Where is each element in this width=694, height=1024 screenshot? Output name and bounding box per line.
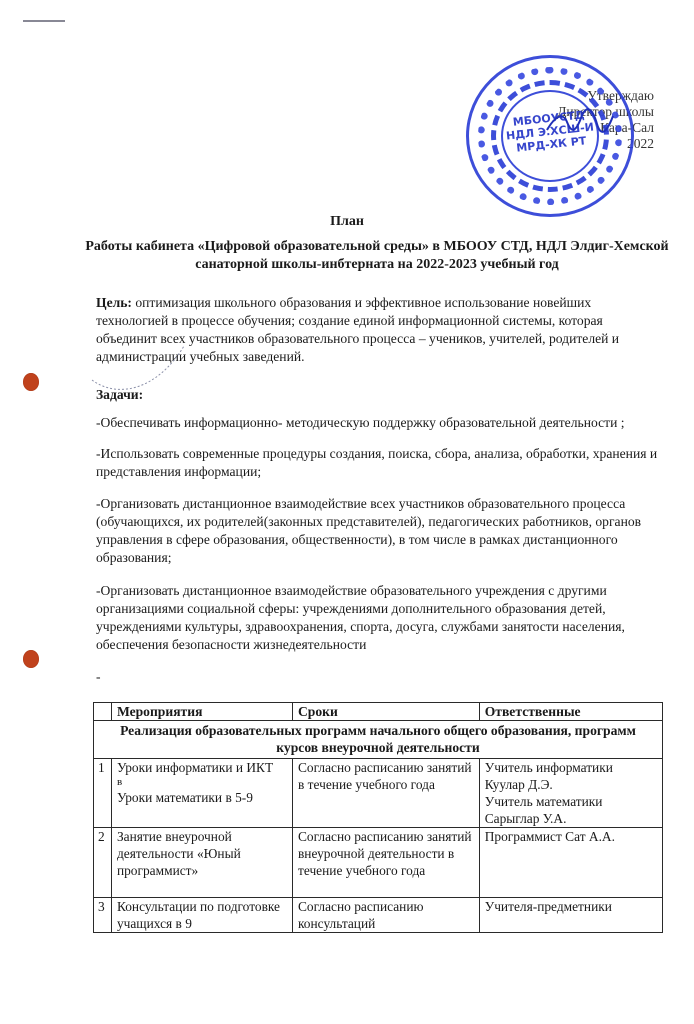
pencil-mark-icon <box>86 336 196 396</box>
goal-label: Цель: <box>96 295 132 310</box>
row-event: Консультации по подготовке учащихся в 9 <box>111 898 292 933</box>
row-event: Уроки информатики и ИКТ в Уроки математи… <box>111 759 292 828</box>
table-row: 2 Занятие внеурочной деятельности «Юный … <box>94 828 663 898</box>
trailing-dash: - <box>96 668 666 686</box>
section-title: Реализация образовательных программ нача… <box>94 721 663 759</box>
header-index <box>94 703 112 721</box>
hole-punch-mark <box>23 650 39 668</box>
event-line: Уроки математики в 5-9 <box>117 789 287 806</box>
row-number: 2 <box>94 828 112 898</box>
header-events: Мероприятия <box>111 703 292 721</box>
task-item: -Использовать современные процедуры созд… <box>96 445 666 481</box>
table-header-row: Мероприятия Сроки Ответственные <box>94 703 663 721</box>
row-responsible: Учителя-предметники <box>479 898 662 933</box>
table-row: 3 Консультации по подготовке учащихся в … <box>94 898 663 933</box>
task-item: -Организовать дистанционное взаимодейств… <box>96 495 666 567</box>
row-responsible: Программист Сат А.А. <box>479 828 662 898</box>
responsible-line: Сарыглар У.А. <box>485 810 657 827</box>
row-number: 1 <box>94 759 112 828</box>
header-responsible: Ответственные <box>479 703 662 721</box>
task-item: -Обеспечивать информационно- методическу… <box>96 414 666 432</box>
activities-table: Мероприятия Сроки Ответственные Реализац… <box>93 702 663 933</box>
event-line: в <box>117 776 287 789</box>
responsible-line: Куулар Д.Э. <box>485 776 657 793</box>
responsible-line: Учитель информатики <box>485 759 657 776</box>
header-dates: Сроки <box>292 703 479 721</box>
document-subtitle: Работы кабинета «Цифровой образовательно… <box>80 238 674 274</box>
row-date: Согласно расписанию занятий в течение уч… <box>292 759 479 828</box>
row-number: 3 <box>94 898 112 933</box>
document-title: План <box>0 214 694 230</box>
row-event: Занятие внеурочной деятельности «Юный пр… <box>111 828 292 898</box>
table-section-row: Реализация образовательных программ нача… <box>94 721 663 759</box>
table-row: 1 Уроки информатики и ИКТ в Уроки матема… <box>94 759 663 828</box>
row-responsible: Учитель информатики Куулар Д.Э. Учитель … <box>479 759 662 828</box>
event-line: Уроки информатики и ИКТ <box>117 759 287 776</box>
signature-icon <box>545 108 615 138</box>
scan-artifact-line <box>23 20 65 22</box>
row-date: Согласно расписанию занятий внеурочной д… <box>292 828 479 898</box>
task-item: -Организовать дистанционное взаимодейств… <box>96 582 666 654</box>
responsible-line: Учитель математики <box>485 793 657 810</box>
row-date: Согласно расписанию консультаций <box>292 898 479 933</box>
hole-punch-mark <box>23 373 39 391</box>
